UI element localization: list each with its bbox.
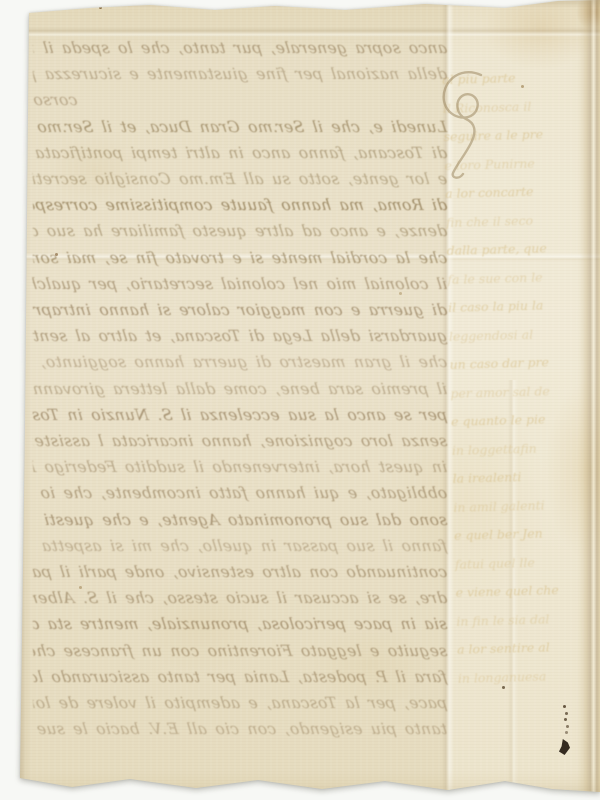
handwritten-line: in quest hora, intervenendo il suddito F…: [31, 454, 448, 480]
handwritten-line: obbligato, e qui hanno fatto incombente,…: [31, 480, 448, 506]
faint-text-line: il caso la piu la: [448, 290, 597, 322]
handwritten-line: anco sopra generale, pur tanto, che lo s…: [31, 35, 448, 61]
ink-blot: [558, 739, 570, 755]
faint-text-line: dalla parte, que: [446, 233, 595, 265]
handwritten-line: Lunedi e, che il Ser.mo Gran Duca, et il…: [31, 114, 448, 140]
handwritten-line: il colonial mio nel colonial secretario,…: [31, 271, 448, 297]
handwritten-line: denze, e anco ad altre questo familiare …: [31, 218, 448, 244]
document-scan: al piu parteil Riconosca ilseguire a le …: [0, 0, 600, 800]
faint-text-line: e quel ber Jen: [454, 518, 600, 550]
faint-text-line: in amil galenti: [453, 490, 600, 522]
paper-sheet: al piu parteil Riconosca ilseguire a le …: [0, 0, 600, 800]
handwritten-line: di guerra e con maggior calore si hanno …: [31, 297, 448, 323]
faint-text-line: a lor sentire al: [457, 632, 600, 664]
handwritten-line: e lor gente, sotto su all Em.mo Consigli…: [31, 166, 448, 192]
handwritten-line: di Toscana, fanno anco in altri tempi po…: [31, 140, 448, 166]
faint-text-line: la irealenti: [452, 461, 600, 493]
faint-text-line: un caso dar pre: [449, 347, 598, 379]
faint-text-line: in longanuesa: [457, 660, 600, 692]
left-edge-shading: [18, 0, 32, 800]
faint-text-line: fatui quel lle: [455, 547, 600, 579]
paper-shadow: al piu parteil Riconosca ilseguire a le …: [0, 0, 600, 800]
handwritten-line: fanno il suo passar in quello, che mi si…: [31, 533, 448, 559]
handwritten-line: continuando con altro estensivo, onde pa…: [31, 559, 448, 585]
faint-text-line: a lor concarte: [445, 176, 594, 208]
handwritten-line: guardarsi della Lega di Toscana, et altr…: [31, 323, 448, 349]
faint-text-line: per amor sal de: [450, 376, 599, 408]
ink-speck-trail: [563, 705, 566, 708]
handwritten-line: il premio sara bene, come dalla lettera …: [31, 376, 448, 402]
faint-text-line: e quanto le pie: [451, 404, 600, 436]
top-edge-shading: [0, 0, 600, 8]
handwritten-line: che la cordial mente si e trovato fin se…: [31, 245, 448, 271]
handwritten-line: seguito e leggato Fiorentino con un fran…: [31, 638, 448, 664]
handwritten-line: corso: [31, 87, 448, 113]
faint-text-line: fa le sue con le: [447, 262, 596, 294]
bottom-edge-shading: [0, 770, 600, 800]
handwritten-line: sono dal suo pronominato Agente, e che q…: [31, 507, 448, 533]
faint-text-line: leggendosi al: [449, 319, 598, 351]
faint-text-line: in loggettafin: [452, 433, 600, 465]
handwritten-line: che il gran maestro di guerra hanno sogg…: [31, 349, 448, 375]
handwritten-line: pace, per la Toscana, e adempito il vole…: [31, 690, 448, 716]
faint-text-line: e viene quel che: [455, 575, 600, 607]
handwritten-line: di Roma, ma hanno fauute compitissime co…: [31, 192, 448, 218]
handwritten-line: tanto piu esigendo, con cio all E.V. bac…: [31, 716, 448, 742]
faint-text-line: fin che il seco: [446, 205, 595, 237]
handwritten-line: della nazional per fine giustamente e si…: [31, 61, 448, 87]
bleedthrough-handwriting: anco sopra generale, pur tanto, che lo s…: [33, 35, 447, 742]
handwritten-line: fara il P. podesta, Lania per tanto assi…: [31, 664, 448, 690]
handwritten-line: senza loro cognizione, hanno incaricata …: [31, 428, 448, 454]
handwritten-line: per se anco la sua eccelenza il S. Nunzi…: [31, 402, 448, 428]
handwritten-line: dre, se si accusar il sucio stesso, che …: [31, 585, 448, 611]
paper-specks: [99, 6, 102, 9]
faint-text-line: in fin le sia dal: [456, 603, 600, 635]
handwritten-line: sia in pace pericolosa, pronunziale, men…: [31, 611, 448, 637]
